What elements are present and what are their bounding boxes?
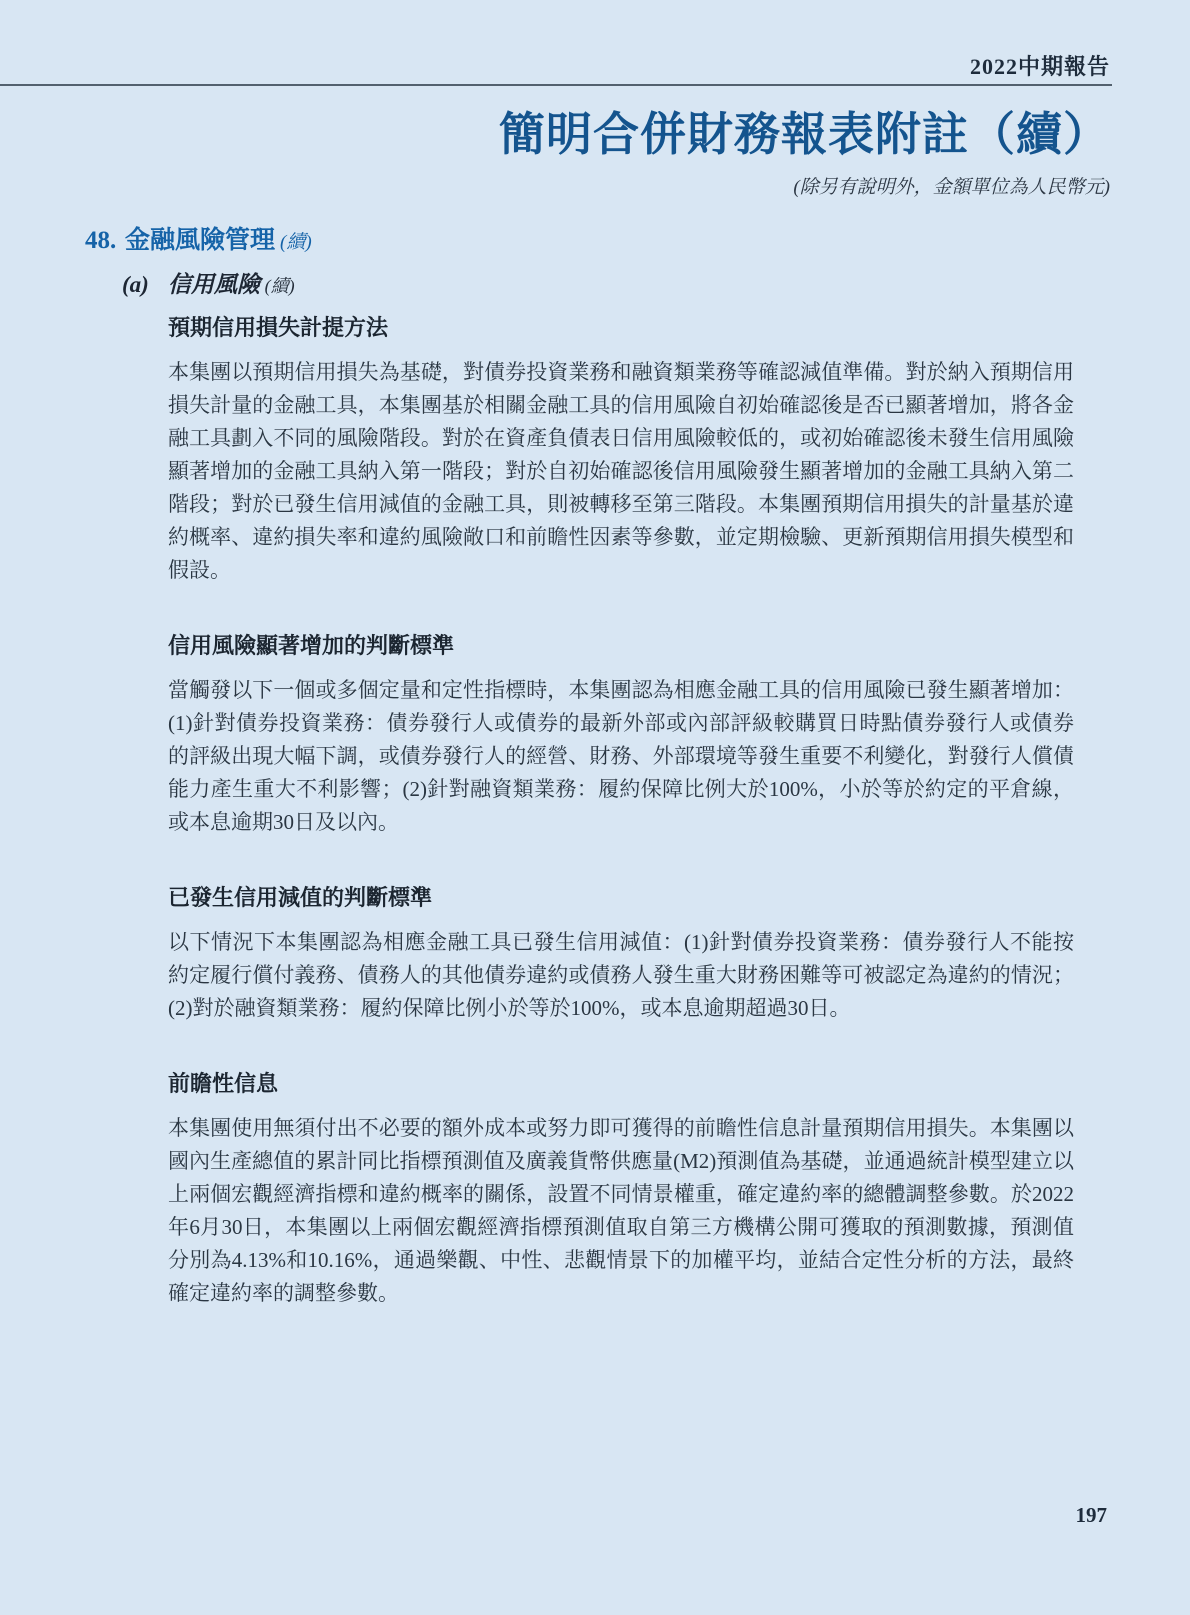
block-heading: 信用風險顯著增加的判斷標準: [168, 631, 1074, 661]
block-heading: 預期信用損失計提方法: [168, 313, 1074, 343]
section-title: 金融風險管理: [125, 227, 275, 254]
section-48-heading: 48.金融風險管理 (續): [85, 226, 1190, 258]
subsection-a-heading: (a)信用風險 (續): [122, 270, 1190, 301]
block-paragraph: 以下情況下本集團認為相應金融工具已發生信用減值：(1)針對債券投資業務：債券發行…: [168, 926, 1074, 1025]
block-heading: 前瞻性信息: [168, 1069, 1074, 1099]
text-blocks: 預期信用損失計提方法 本集團以預期信用損失為基礎，對債券投資業務和融資類業務等確…: [168, 313, 1074, 1310]
block-sicr-criteria: 信用風險顯著增加的判斷標準 當觸發以下一個或多個定量和定性指標時，本集團認為相應…: [168, 631, 1074, 839]
subsection-letter: (a): [122, 270, 168, 300]
block-ecl-method: 預期信用損失計提方法 本集團以預期信用損失為基礎，對債券投資業務和融資類業務等確…: [168, 313, 1074, 587]
page-number: 197: [1076, 1503, 1108, 1528]
block-paragraph: 當觸發以下一個或多個定量和定性指標時，本集團認為相應金融工具的信用風險已發生顯著…: [168, 674, 1074, 839]
report-page: 2022中期報告 簡明合併財務報表附註（續） (除另有說明外，金額單位為人民幣元…: [0, 0, 1190, 1615]
block-impairment-criteria: 已發生信用減值的判斷標準 以下情況下本集團認為相應金融工具已發生信用減值：(1)…: [168, 883, 1074, 1025]
block-forward-looking-info: 前瞻性信息 本集團使用無須付出不必要的額外成本或努力即可獲得的前瞻性信息計量預期…: [168, 1069, 1074, 1310]
section-continued-label: (續): [280, 232, 312, 253]
section-number: 48.: [85, 226, 125, 256]
block-paragraph: 本集團以預期信用損失為基礎，對債券投資業務和融資類業務等確認減值準備。對於納入預…: [168, 356, 1074, 587]
subsection-continued-label: (續): [265, 276, 295, 296]
block-paragraph: 本集團使用無須付出不必要的額外成本或努力即可獲得的前瞻性信息計量預期信用損失。本…: [168, 1112, 1074, 1310]
main-content: 48.金融風險管理 (續) (a)信用風險 (續) 預期信用損失計提方法 本集團…: [0, 0, 1190, 1310]
block-heading: 已發生信用減值的判斷標準: [168, 883, 1074, 913]
subsection-title: 信用風險: [168, 272, 260, 297]
